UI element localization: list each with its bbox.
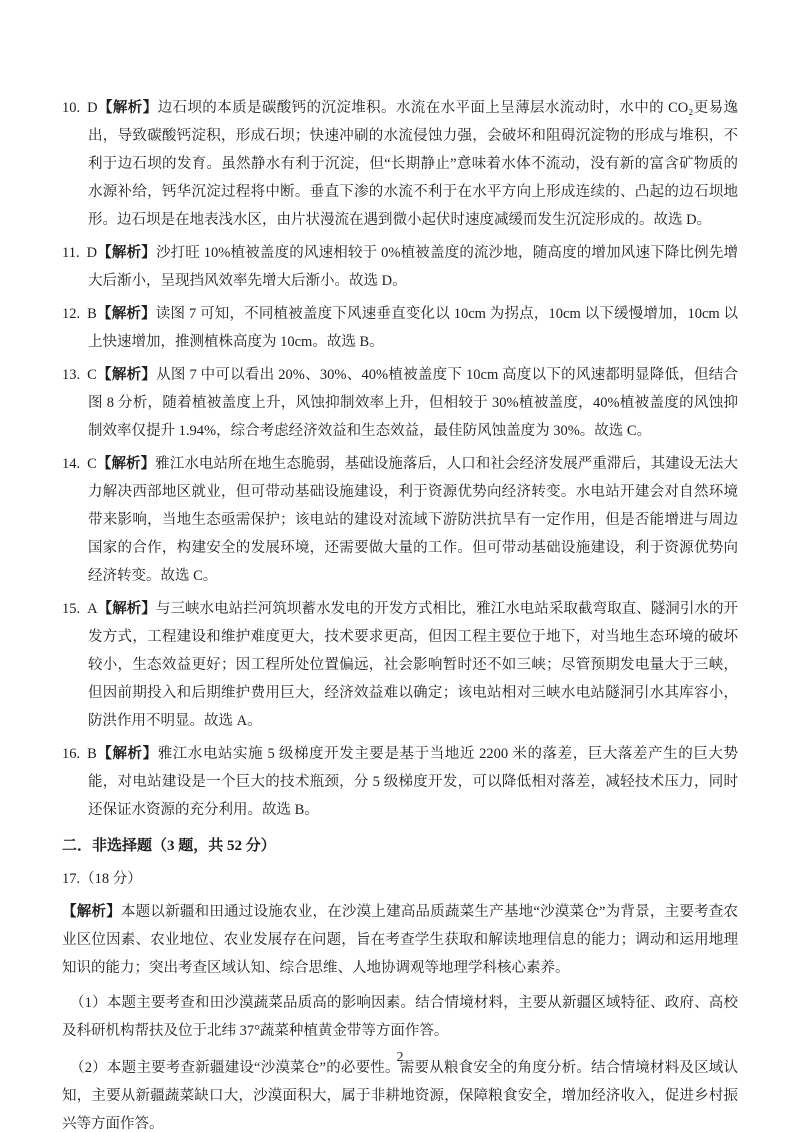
analysis-text: 本题以新疆和田通过设施农业，在沙漠上建高品质蔬菜生产基地“沙漠菜仓”为背景，主要… [62, 904, 738, 976]
answer-item-14: 14.C【解析】雅江水电站所在地生态脆弱，基础设施落后，人口和社会经济发展严重滞… [62, 450, 738, 590]
question-number: 10. [62, 100, 80, 116]
analysis-text: 雅江水电站实施 5 级梯度开发主要是基于当地近 2200 米的落差，巨大落差产生… [88, 746, 738, 818]
answer-item-16: 16.B【解析】雅江水电站实施 5 级梯度开发主要是基于当地近 2200 米的落… [62, 740, 738, 824]
analysis-tag: 【解析】 [97, 456, 155, 472]
question-number: 12. [62, 306, 80, 322]
answer-item-11: 11.D【解析】沙打旺 10%植被盖度的风速相较于 0%植被盖度的流沙地，随高度… [62, 239, 738, 295]
question-number: 16. [62, 746, 80, 762]
section-heading: 二．非选择题（3 题，共 52 分） [62, 832, 738, 860]
analysis-tag: 【解析】 [98, 601, 156, 617]
analysis-tag: 【解析】 [98, 100, 158, 116]
document-page: 10.D【解析】边石坝的本质是碳酸钙的沉淀堆积。水流在水平面上呈薄层水流动时，水… [0, 0, 800, 1132]
answer-item-13: 13.C【解析】从图 7 中可以看出 20%、30%、40%植被盖度下 10cm… [62, 361, 738, 445]
answer-item-15: 15.A【解析】与三峡水电站拦河筑坝蓄水发电的开发方式相比，雅江水电站采取截弯取… [62, 595, 738, 735]
analysis-text: 边石坝的本质是碳酸钙的沉淀堆积。水流在水平面上呈薄层水流动时，水中的 CO₂更易… [88, 100, 738, 228]
answer-letter: D [87, 245, 97, 261]
answer-letter: D [87, 100, 97, 116]
question-17-analysis: 【解析】本题以新疆和田通过设施农业，在沙漠上建高品质蔬菜生产基地“沙漠菜仓”为背… [62, 898, 738, 982]
page-number: 2 [0, 1044, 800, 1072]
analysis-tag: 【解析】 [97, 245, 156, 261]
question-17-title: 17.（18 分） [62, 865, 738, 893]
answer-letter: C [87, 456, 97, 472]
answer-letter: B [87, 306, 97, 322]
answer-letter: A [87, 601, 97, 617]
answer-letter: B [87, 746, 97, 762]
question-number: 13. [62, 367, 80, 383]
answer-item-12: 12.B【解析】读图 7 可知，不同植被盖度下风速垂直变化以 10cm 为拐点，… [62, 300, 738, 356]
question-number: 15. [62, 601, 80, 617]
analysis-tag: 【解析】 [97, 746, 158, 762]
analysis-text: 与三峡水电站拦河筑坝蓄水发电的开发方式相比，雅江水电站采取截弯取直、隧洞引水的开… [88, 601, 738, 729]
analysis-text: 沙打旺 10%植被盖度的风速相较于 0%植被盖度的流沙地，随高度的增加风速下降比… [88, 245, 738, 289]
analysis-text: 从图 7 中可以看出 20%、30%、40%植被盖度下 10cm 高度以下的风速… [88, 367, 738, 439]
question-17-part-1: （1）本题主要考查和田沙漠蔬菜品质高的影响因素。结合情境材料，主要从新疆区域特征… [62, 989, 738, 1045]
question-number: 11. [62, 245, 80, 261]
answer-item-10: 10.D【解析】边石坝的本质是碳酸钙的沉淀堆积。水流在水平面上呈薄层水流动时，水… [62, 94, 738, 234]
analysis-text: 读图 7 可知，不同植被盖度下风速垂直变化以 10cm 为拐点，10cm 以下缓… [88, 306, 738, 350]
analysis-tag: 【解析】 [97, 306, 156, 322]
question-number: 14. [62, 456, 80, 472]
answer-letter: C [87, 367, 97, 383]
analysis-text: 雅江水电站所在地生态脆弱，基础设施落后，人口和社会经济发展严重滞后，其建设无法大… [88, 456, 738, 584]
analysis-tag: 【解析】 [62, 904, 121, 920]
analysis-tag: 【解析】 [97, 367, 156, 383]
